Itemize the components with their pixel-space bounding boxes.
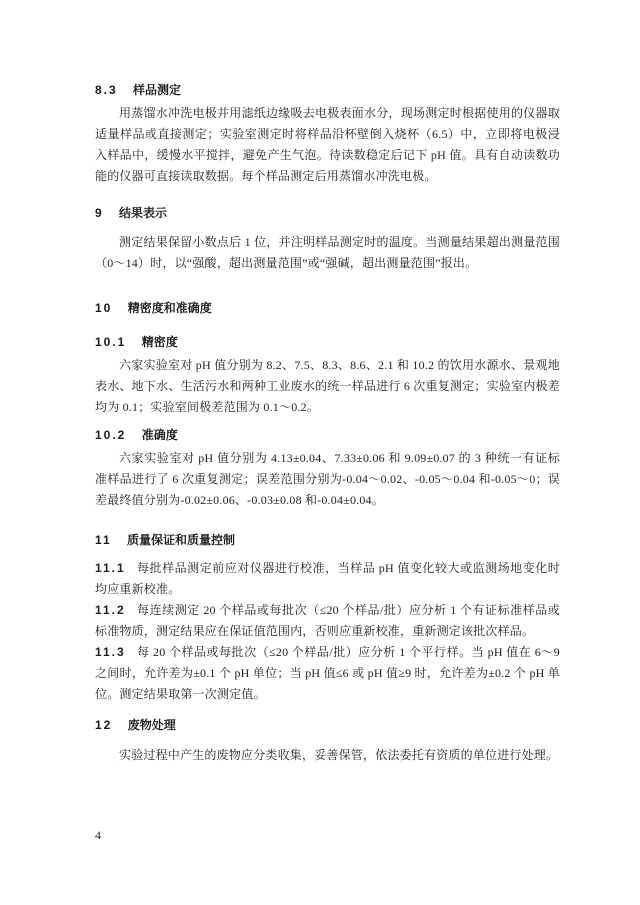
section-9-paragraph: 测定结果保留小数点后 1 位，并注明样品测定时的温度。当测量结果超出测量范围（0… [95, 232, 560, 274]
section-title: 精密度和准确度 [128, 301, 212, 315]
section-8-3-paragraph: 用蒸馏水冲洗电极并用滤纸边缘吸去电极表面水分，现场测定时根据使用的仪器取适量样品… [95, 103, 560, 187]
section-heading-10-1: 10.1 精密度 [95, 332, 560, 352]
section-title: 精密度 [142, 335, 178, 349]
clause-number: 11.1 [95, 561, 126, 575]
clause-text: 每 20 个样品或每批次（≤20 个样品/批）应分析 1 个平行样。当 pH 值… [95, 645, 560, 701]
clause-text: 每批样品测定前应对仪器进行校准，当样品 pH 值变化较大或监测场地变化时均应重新… [95, 561, 560, 596]
page-number: 4 [95, 825, 560, 846]
section-heading-10-2: 10.2 准确度 [95, 425, 560, 445]
section-10-1-paragraph: 六家实验室对 pH 值分别为 8.2、7.5、8.3、8.6、2.1 和 10.… [95, 355, 560, 418]
section-title: 质量保证和质量控制 [127, 533, 235, 547]
clause-11-1: 11.1每批样品测定前应对仪器进行校准，当样品 pH 值变化较大或监测场地变化时… [95, 558, 560, 600]
section-heading-8-3: 8.3 样品测定 [95, 80, 560, 100]
section-title: 样品测定 [133, 83, 181, 97]
section-title: 结果表示 [119, 206, 167, 220]
section-number: 10 [95, 301, 112, 315]
section-number: 9 [95, 206, 104, 220]
section-12-paragraph: 实验过程中产生的废物应分类收集，妥善保管，依法委托有资质的单位进行处理。 [95, 745, 560, 766]
document-page: 8.3 样品测定 用蒸馏水冲洗电极并用滤纸边缘吸去电极表面水分，现场测定时根据使… [0, 0, 640, 905]
clause-number: 11.3 [95, 645, 126, 659]
clause-text: 每连续测定 20 个样品或每批次（≤20 个样品/批）应分析 1 个有证标准样品… [95, 603, 560, 638]
section-heading-12: 12 废物处理 [95, 715, 560, 735]
section-number: 10.1 [95, 335, 126, 349]
clause-11-2: 11.2每连续测定 20 个样品或每批次（≤20 个样品/批）应分析 1 个有证… [95, 600, 560, 642]
section-heading-10: 10 精密度和准确度 [95, 298, 560, 318]
section-10-2-paragraph: 六家实验室对 pH 值分别为 4.13±0.04、7.33±0.06 和 9.0… [95, 448, 560, 511]
section-title: 废物处理 [128, 718, 176, 732]
section-title: 准确度 [142, 428, 178, 442]
section-number: 10.2 [95, 428, 126, 442]
clause-number: 11.2 [95, 603, 126, 617]
section-number: 12 [95, 718, 112, 732]
section-heading-9: 9 结果表示 [95, 203, 560, 223]
section-number: 11 [95, 533, 112, 547]
clause-11-3: 11.3每 20 个样品或每批次（≤20 个样品/批）应分析 1 个平行样。当 … [95, 642, 560, 705]
section-heading-11: 11 质量保证和质量控制 [95, 530, 560, 550]
section-number: 8.3 [95, 83, 118, 97]
